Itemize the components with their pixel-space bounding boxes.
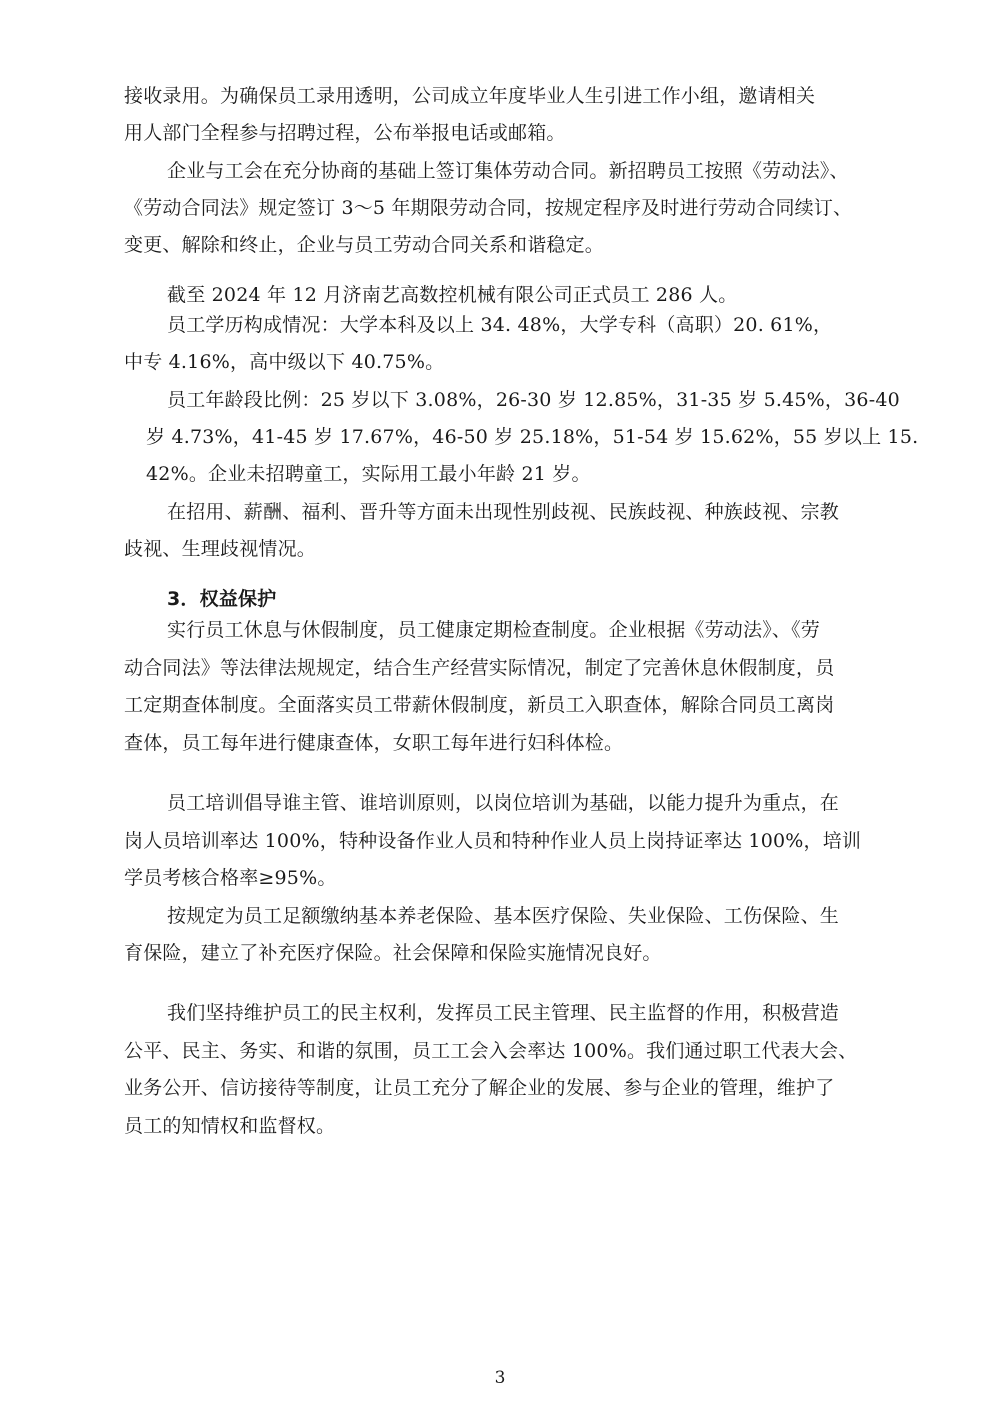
text-line: 员工培训倡导谁主管、谁培训原则，以岗位培训为基础，以能力提升为重点，在 — [167, 791, 839, 815]
text-line: 我们坚持维护员工的民主权利，发挥员工民主管理、民主监督的作用，积极营造 — [167, 1001, 839, 1025]
text-line: 查体，员工每年进行健康查体，女职工每年进行妇科体检。 — [124, 731, 623, 755]
text-line: 学员考核合格率≥95%。 — [124, 866, 337, 890]
text-line: 截至 2024 年 12 月济南艺高数控机械有限公司正式员工 286 人。 — [167, 283, 737, 307]
text-line: 岗人员培训率达 100%，特种设备作业人员和特种作业人员上岗持证率达 100%，… — [124, 829, 861, 853]
text-line: 员工学历构成情况：大学本科及以上 34. 48%，大学专科（高职）20. 61%… — [167, 313, 832, 337]
document-page: 接收录用。为确保员工录用透明，公司成立年度毕业人生引进工作小组，邀请相关 用人部… — [0, 0, 1000, 1415]
text-line: 员工的知情权和监督权。 — [124, 1114, 335, 1138]
text-line: 《劳动合同法》规定签订 3～5 年期限劳动合同，按规定程序及时进行劳动合同续订、 — [124, 196, 852, 220]
text-line: 接收录用。为确保员工录用透明，公司成立年度毕业人生引进工作小组，邀请相关 — [124, 84, 815, 108]
text-line: 按规定为员工足额缴纳基本养老保险、基本医疗保险、失业保险、工伤保险、生 — [167, 904, 839, 928]
text-line: 实行员工休息与休假制度，员工健康定期检查制度。企业根据《劳动法》、《劳 — [167, 618, 820, 642]
text-line: 用人部门全程参与招聘过程，公布举报电话或邮箱。 — [124, 121, 566, 145]
text-line: 公平、民主、务实、和谐的氛围，员工工会入会率达 100%。我们通过职工代表大会、 — [124, 1039, 857, 1063]
text-line: 动合同法》等法律法规规定，结合生产经营实际情况，制定了完善休息休假制度，员 — [124, 656, 834, 680]
text-line: 员工年龄段比例：25 岁以下 3.08%，26-30 岁 12.85%，31-3… — [167, 388, 900, 412]
page-number: 3 — [0, 1368, 1000, 1388]
text-line: 中专 4.16%，高中级以下 40.75%。 — [124, 350, 444, 374]
section-heading: 3．权益保护 — [167, 587, 276, 611]
text-line: 在招用、薪酬、福利、晋升等方面未出现性别歧视、民族歧视、种族歧视、宗教 — [167, 500, 839, 524]
text-line: 业务公开、信访接待等制度，让员工充分了解企业的发展、参与企业的管理，维护了 — [124, 1076, 834, 1100]
text-line: 育保险，建立了补充医疗保险。社会保障和保险实施情况良好。 — [124, 941, 662, 965]
text-line: 歧视、生理歧视情况。 — [124, 537, 316, 561]
text-line: 变更、解除和终止，企业与员工劳动合同关系和谐稳定。 — [124, 233, 604, 257]
text-line: 42%。企业未招聘童工，实际用工最小年龄 21 岁。 — [146, 462, 591, 486]
text-line: 岁 4.73%，41-45 岁 17.67%，46-50 岁 25.18%，51… — [146, 425, 918, 449]
text-line: 企业与工会在充分协商的基础上签订集体劳动合同。新招聘员工按照《劳动法》、 — [167, 159, 849, 183]
text-line: 工定期查体制度。全面落实员工带薪休假制度，新员工入职查体，解除合同员工离岗 — [124, 693, 834, 717]
